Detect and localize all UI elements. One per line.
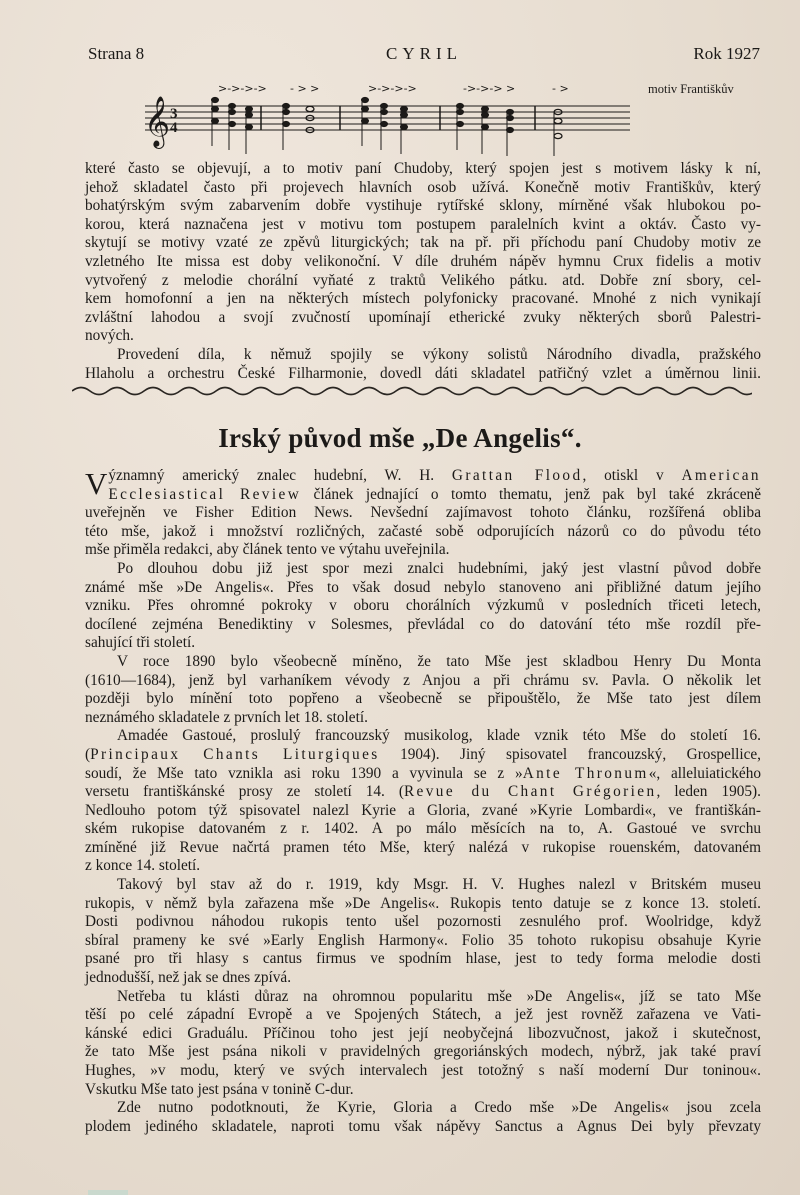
text-line: zmíněné již Revue načrtá pramen této Mše… bbox=[85, 839, 761, 858]
text-line: Zde nutno podotknouti, že Kyrie, Gloria … bbox=[85, 1099, 761, 1118]
text-span: ýznamný americký znalec hudební, bbox=[108, 467, 384, 484]
publication-name: Revue du Chant Grégorien bbox=[404, 783, 657, 800]
svg-text:- >: - > bbox=[552, 82, 569, 95]
text-line: mše přiměla redakci, aby článek tento ve… bbox=[85, 541, 761, 560]
text-line: korou, která naznačena jest v motivu tom… bbox=[85, 216, 761, 235]
text-line: neznámého skladatele z prvních let 18. s… bbox=[85, 709, 761, 728]
text-span: článek jednající o tomto thematu, jenž p… bbox=[301, 486, 761, 503]
paper-stain bbox=[88, 1190, 128, 1195]
text-line: Nedlouho potom týž spisovatel nalezl Kyr… bbox=[85, 802, 761, 821]
text-line: bohatýrským svým zabarvením dobře vystih… bbox=[85, 197, 761, 216]
text-line: docílené zejména Benediktiny v Solesmes,… bbox=[85, 616, 761, 635]
text-line: kem homofonní a jen na některých místech… bbox=[85, 290, 761, 309]
text-line: které často se objevují, a to motiv paní… bbox=[85, 160, 761, 179]
magazine-page: Strana 8 CYRIL Rok 1927 𝄞 3 4 bbox=[0, 0, 800, 1195]
text-span: versetu františkánské prosy ze století 1… bbox=[85, 783, 404, 800]
text-span: 1904). Jiný spisovatel francouzský, Gros… bbox=[380, 746, 761, 763]
text-line: sbíral prameny ke své »Early English Har… bbox=[85, 932, 761, 951]
text-line: později bylo mínění toto popřeno a všeob… bbox=[85, 690, 761, 709]
drop-cap: V bbox=[85, 469, 107, 499]
text-span: , leden 1905). bbox=[657, 783, 761, 800]
text-line: versetu františkánské prosy ze století 1… bbox=[85, 783, 761, 802]
text-line: zvláštní lahodou a svojí zvučností upomí… bbox=[85, 309, 761, 328]
treble-clef-icon: 𝄞 bbox=[144, 96, 170, 149]
text-span: American bbox=[681, 467, 761, 484]
text-span: «, alleluiatického bbox=[649, 765, 761, 782]
text-line: vytvořený z melodie chorální vyňaté z tr… bbox=[85, 272, 761, 291]
publication-name: Principaux Chants Liturgiques bbox=[90, 746, 380, 763]
text-line: těší po celé západní Evropě a ve Spojený… bbox=[85, 1006, 761, 1025]
chant-name: Ante Thronum bbox=[523, 765, 649, 782]
text-line: Po dlouhou dobu již jest spor mezi znalc… bbox=[85, 560, 761, 579]
text-line: Amadée Gastoué, proslulý francouzský mus… bbox=[85, 727, 761, 746]
ornamental-divider bbox=[72, 384, 752, 398]
text-line: Netřeba tu klásti důraz na ohromnou popu… bbox=[85, 988, 761, 1007]
text-line: vzletného Ite missa est doby velikonoční… bbox=[85, 253, 761, 272]
music-score-motiv-frantiskuv: 𝄞 3 4 bbox=[140, 78, 640, 158]
text-line: ském rukopise datovaném z r. 1402. A po … bbox=[85, 820, 761, 839]
svg-text:4: 4 bbox=[170, 120, 178, 136]
text-span: soudí, že Mše tato vznikla asi roku 1390… bbox=[85, 765, 523, 782]
text-line: Vskutku Mše tato jest psána v tonině C-d… bbox=[85, 1081, 761, 1100]
svg-text:>->->->: >->->-> bbox=[368, 82, 417, 95]
author-name: Grattan Flood bbox=[452, 467, 583, 484]
text-line: (Principaux Chants Liturgiques 1904). Ji… bbox=[85, 746, 761, 765]
running-head: Strana 8 CYRIL Rok 1927 bbox=[88, 44, 760, 68]
text-line: Dosti podivnou náhodou rukopis tento uše… bbox=[85, 913, 761, 932]
text-line: vzniku. Přes ohromné pokroky v oboru cho… bbox=[85, 597, 761, 616]
journal-title: CYRIL bbox=[88, 44, 760, 64]
article-body: Významný americký znalec hudební, W. H. … bbox=[85, 467, 761, 1136]
year-label: Rok 1927 bbox=[693, 44, 760, 64]
text-line: soudí, že Mše tato vznikla asi roku 1390… bbox=[85, 765, 761, 784]
text-line: Významný americký znalec hudební, W. H. … bbox=[85, 467, 761, 486]
svg-text:>->->->: >->->-> bbox=[218, 82, 267, 95]
publication-name: Ecclesiastical Review bbox=[108, 486, 301, 503]
text-line: Hlaholu a orchestru České Filharmonie, d… bbox=[85, 365, 761, 384]
text-line: jednodušší, než jak se dnes zpívá. bbox=[85, 969, 761, 988]
text-line: V roce 1890 bylo všeobecně míněno, že ta… bbox=[85, 653, 761, 672]
text-line: jehož skladatel často při projevech hlav… bbox=[85, 179, 761, 198]
text-line: psané pro tři hlasy s cantus firmus ve s… bbox=[85, 950, 761, 969]
article-title: Irský původ mše „De Angelis“. bbox=[0, 423, 800, 454]
text-line: rukopis, v němž byla zařazena mše »De An… bbox=[85, 895, 761, 914]
svg-text:->->-> >: ->->-> > bbox=[463, 82, 515, 95]
text-line: nových. bbox=[85, 327, 761, 346]
text-line: Provedení díla, k němuž spojily se výkon… bbox=[85, 346, 761, 365]
text-line: této mše, jakož i množství rozličných, z… bbox=[85, 523, 761, 542]
text-line: kánské edici Graduálu. Příčinou toho jes… bbox=[85, 1025, 761, 1044]
text-line: Hughes, »v modu, který ve svých interval… bbox=[85, 1062, 761, 1081]
text-line: že tato Mše jest psána nikoli v pravidel… bbox=[85, 1043, 761, 1062]
text-line: známé mše »De Angelis«. Přes to však dos… bbox=[85, 579, 761, 598]
text-line: z konce 14. století. bbox=[85, 857, 761, 876]
text-line: skytují se motivy vzaté ze zpěvů liturgi… bbox=[85, 234, 761, 253]
text-line: (1610—1684), jenž byl varhaníkem vévody … bbox=[85, 672, 761, 691]
text-line: sahující tři století. bbox=[85, 634, 761, 653]
text-span: , otiskl v bbox=[583, 467, 682, 484]
text-line: Takový byl stav až do r. 1919, kdy Msgr.… bbox=[85, 876, 761, 895]
text-line: plodem jediného skladatele, naproti tomu… bbox=[85, 1118, 761, 1137]
text-line: Ecclesiastical Review článek jednající o… bbox=[85, 486, 761, 505]
continued-article-text: které často se objevují, a to motiv paní… bbox=[85, 160, 761, 383]
svg-text:- > >: - > > bbox=[290, 82, 319, 95]
music-caption: motiv Františkův bbox=[648, 82, 734, 97]
text-line: uveřejněn ve Fisher Edition News. Nevšed… bbox=[85, 504, 761, 523]
text-span: W. H. bbox=[385, 467, 452, 484]
